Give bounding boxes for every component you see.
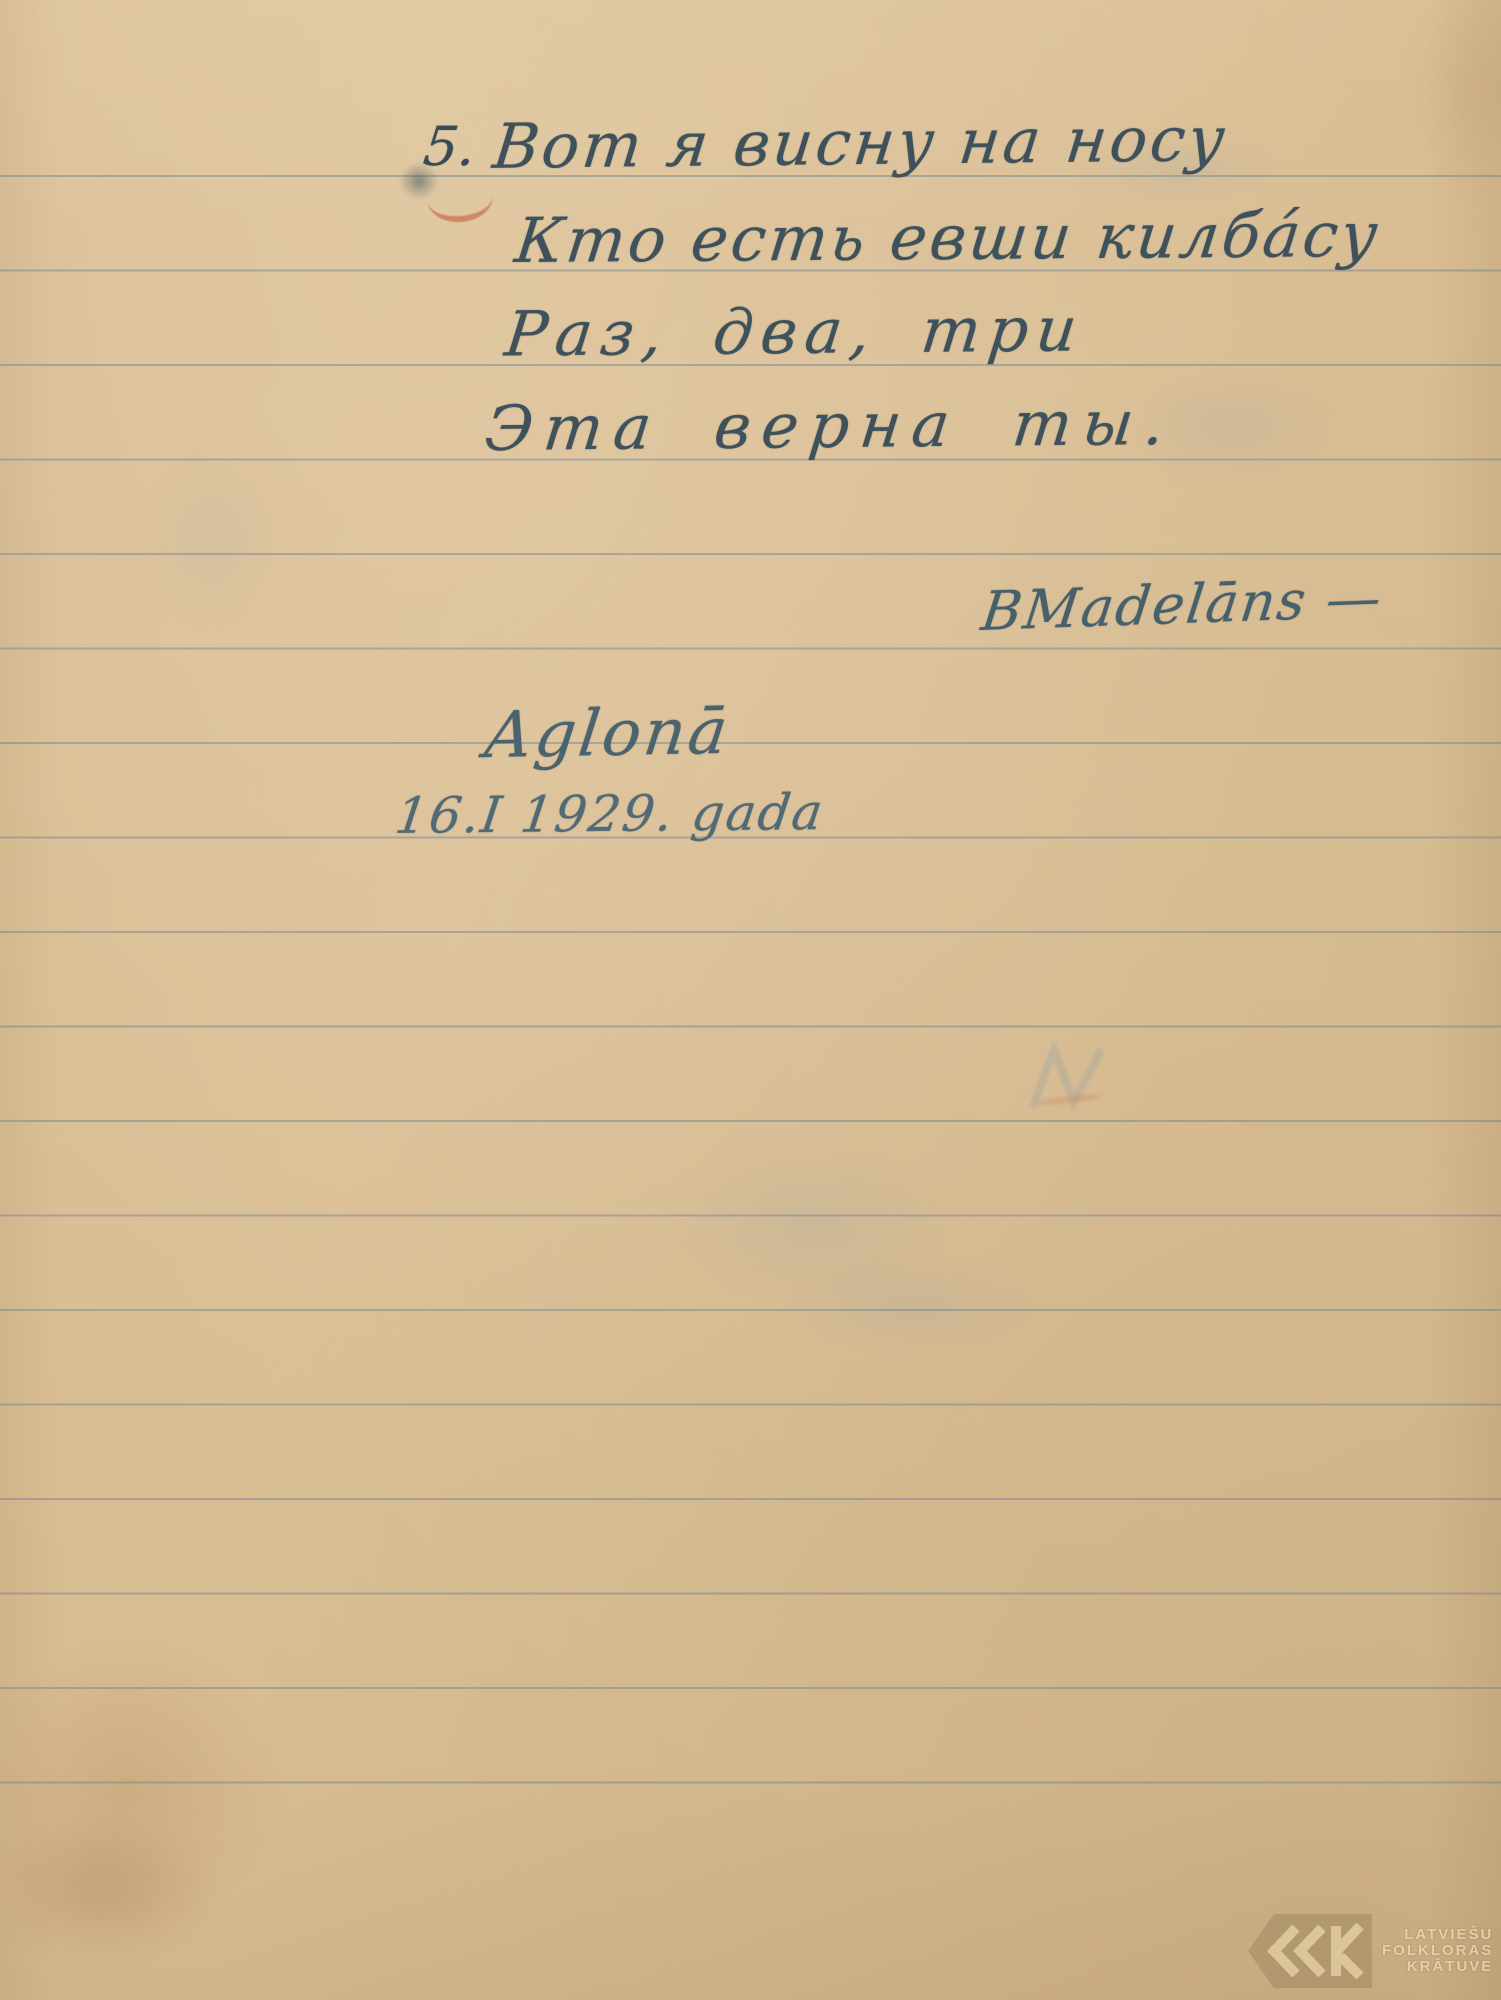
- ink-bleedthrough: [110, 420, 310, 660]
- poem-line-1: Вот я висну на носу: [490, 108, 1231, 178]
- archive-watermark: LATVIEŠU FOLKLORAS KRĀTUVE: [1248, 1914, 1493, 1988]
- archive-name: LATVIEŠU FOLKLORAS KRĀTUVE: [1382, 1927, 1493, 1975]
- poem-line-4: Эта верна ты.: [482, 392, 1179, 460]
- archive-name-line-1: LATVIEŠU: [1382, 1927, 1493, 1943]
- poem-line-2: Кто есть евши килба́су: [512, 204, 1383, 272]
- archive-name-line-2: FOLKLORAS: [1382, 1943, 1493, 1959]
- record-date: 16.I 1929. gada: [392, 787, 827, 841]
- place-name: Aglonā: [482, 700, 734, 768]
- manuscript-page: 5. Вот я висну на носу Кто есть евши кил…: [0, 0, 1501, 2000]
- collector-signature: BMadelāns —: [979, 571, 1386, 639]
- ink-bleedthrough: [740, 1240, 1080, 1370]
- lfk-logo-icon: [1248, 1914, 1372, 1988]
- poem-line-3: Раз, два, три: [502, 298, 1088, 365]
- archive-name-line-3: KRĀTUVE: [1382, 1959, 1493, 1975]
